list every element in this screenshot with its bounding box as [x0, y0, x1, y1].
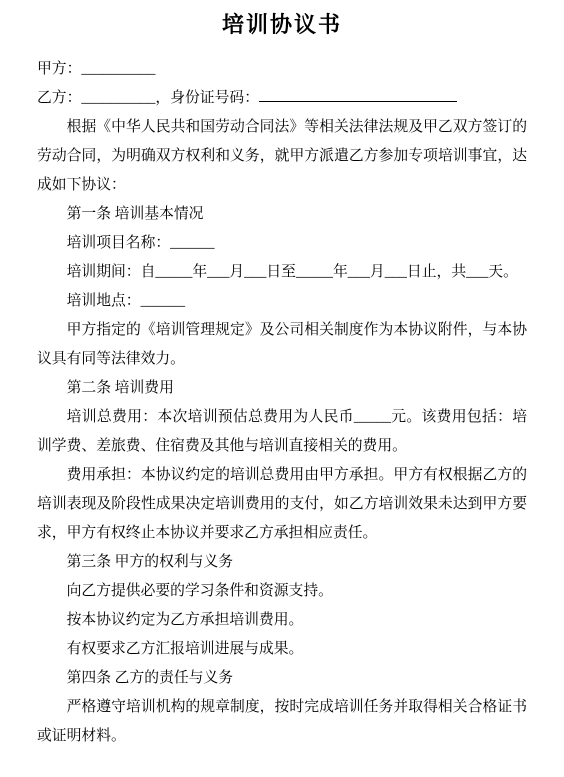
section-heading-3: 第三条 甲方的权利与义务	[37, 548, 527, 577]
total-cost-paragraph: 培训总费用：本次培训预估总费用为人民币_____元。该费用包括：培训学费、差旅费…	[37, 403, 527, 461]
party-b-blank: __________	[81, 90, 155, 106]
training-period-line: 培训期间：自_____年___月___日至_____年___月___日止，共__…	[37, 258, 527, 287]
training-location-line: 培训地点：______	[37, 287, 527, 316]
party-a-obligation-1: 向乙方提供必要的学习条件和资源支持。	[37, 577, 527, 606]
party-b-line: 乙方：__________，身份证号码：	[37, 84, 527, 113]
training-project-name-line: 培训项目名称：______	[37, 229, 527, 258]
party-a-obligation-2: 按本协议约定为乙方承担培训费用。	[37, 606, 527, 635]
training-agreement-document: 培训协议书 甲方：__________ 乙方：__________，身份证号码：…	[0, 0, 564, 777]
cost-responsibility-paragraph: 费用承担：本协议约定的培训总费用由甲方承担。甲方有权根据乙方的培训表现及阶段性成…	[37, 461, 527, 548]
party-b-comma: ，	[155, 90, 170, 106]
party-a-obligation-3: 有权要求乙方汇报培训进展与成果。	[37, 635, 527, 664]
party-b-obligation-1: 严格遵守培训机构的规章制度，按时完成培训任务并取得相关合格证书或证明材料。	[37, 693, 527, 751]
section-heading-1: 第一条 培训基本情况	[37, 200, 527, 229]
intro-paragraph: 根据《中华人民共和国劳动合同法》等相关法律法规及甲乙双方签订的劳动合同，为明确双…	[37, 113, 527, 200]
section-heading-4: 第四条 乙方的责任与义务	[37, 664, 527, 693]
party-a-blank: __________	[81, 61, 155, 77]
party-a-label: 甲方：	[37, 61, 81, 77]
id-number-label: 身份证号码：	[170, 90, 259, 106]
party-a-line: 甲方：__________	[37, 55, 527, 84]
party-b-label: 乙方：	[37, 90, 81, 106]
document-title: 培训协议书	[37, 10, 527, 40]
id-number-blank-line	[259, 86, 457, 102]
attachment-clause-paragraph: 甲方指定的《培训管理规定》及公司相关制度作为本协议附件，与本协议具有同等法律效力…	[37, 316, 527, 374]
section-heading-2: 第二条 培训费用	[37, 374, 527, 403]
